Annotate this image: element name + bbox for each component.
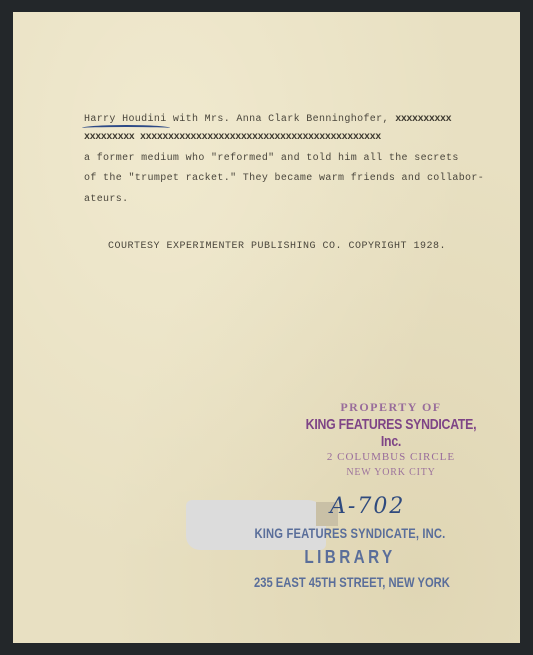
handwritten-underline [82, 125, 170, 131]
property-stamp: PROPERTY OF KING FEATURES SYNDICATE, Inc… [286, 400, 496, 478]
library-stamp-line3: 235 EAST 45TH STREET, NEW YORK [254, 574, 446, 590]
property-stamp-line3: 2 COLUMBUS CIRCLE [286, 451, 496, 463]
caption-line-5: ateurs. [84, 195, 128, 205]
caption-line-3: a former medium who "reformed" and told … [84, 154, 459, 164]
library-stamp: KING FEATURES SYNDICATE, INC. LIBRARY 23… [230, 525, 470, 590]
property-stamp-line2: KING FEATURES SYNDICATE, Inc. [305, 416, 477, 450]
struck-out-line: xxxxxxxxx xxxxxxxxxxxxxxxxxxxxxxxxxxxxxx… [84, 133, 381, 143]
library-stamp-line2: LIBRARY [248, 547, 452, 568]
caption-line-4: of the "trumpet racket." They became war… [84, 174, 484, 184]
caption-line-1: Harry Houdini with Mrs. Anna Clark Benni… [84, 115, 451, 125]
caption-text: Harry Houdini with Mrs. Anna Clark Benni… [84, 114, 389, 125]
struck-out-text: xxxxxxxxxx [395, 114, 451, 125]
handwritten-catalog-number: A-702 [330, 494, 405, 519]
courtesy-line: COURTESY EXPERIMENTER PUBLISHING CO. COP… [108, 242, 446, 252]
property-stamp-line4: NEW YORK CITY [286, 467, 496, 478]
property-stamp-line1: PROPERTY OF [286, 400, 496, 415]
library-stamp-line1: KING FEATURES SYNDICATE, INC. [254, 525, 446, 541]
